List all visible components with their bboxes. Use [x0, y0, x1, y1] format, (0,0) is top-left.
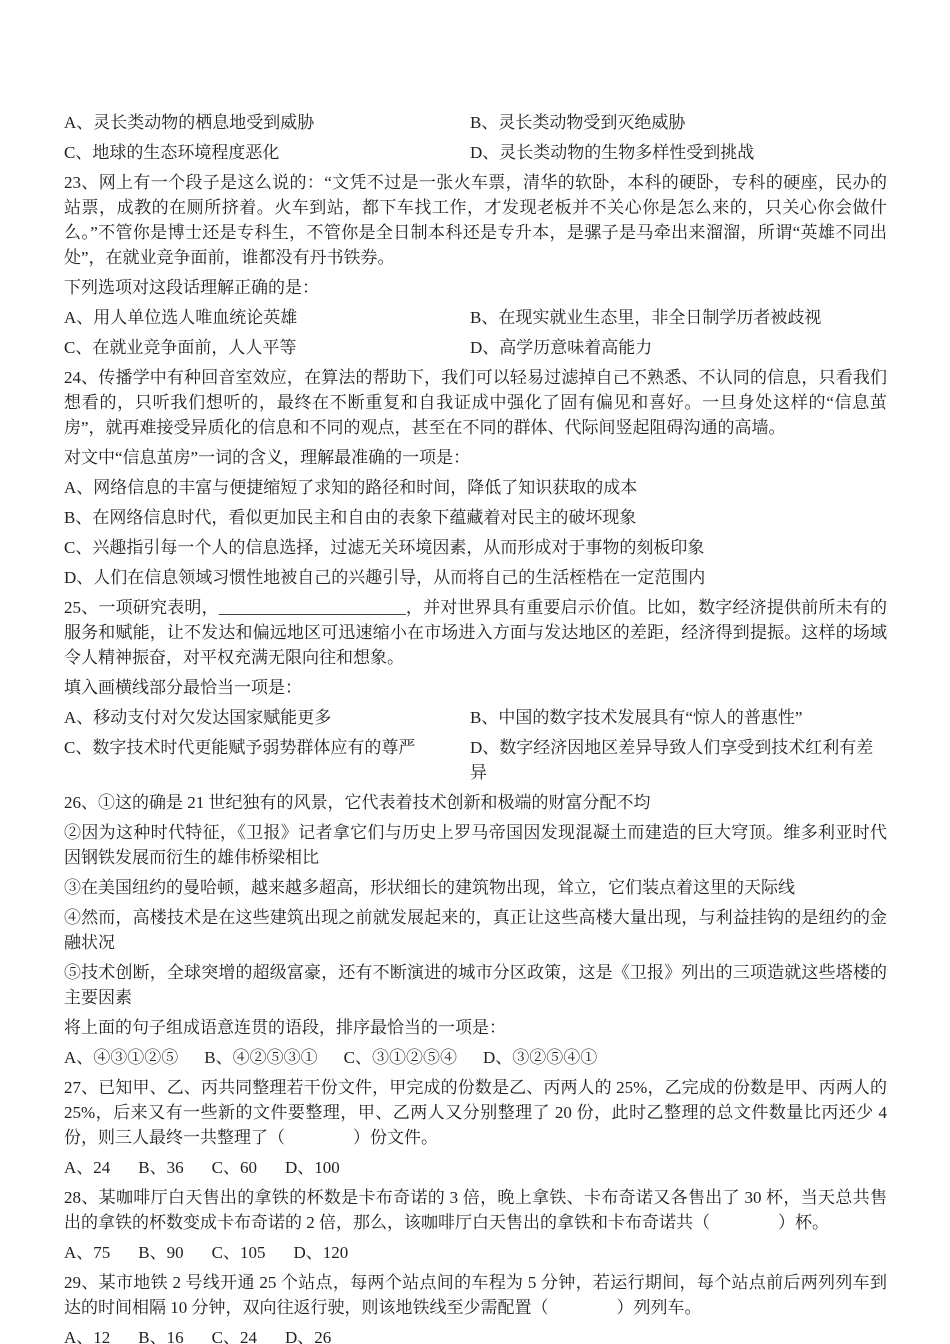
exam-page: A、灵长类动物的栖息地受到威胁 B、灵长类动物受到灭绝威胁 C、地球的生态环境程… — [0, 0, 950, 1344]
question-27-stem: 27、已知甲、乙、丙共同整理若干份文件，甲完成的份数是乙、丙两人的 25%，乙完… — [64, 1075, 887, 1150]
question-29-option-c: C、24 — [212, 1325, 257, 1344]
question-22-option-b: B、灵长类动物受到灭绝威胁 — [470, 110, 887, 135]
question-25-option-a: A、移动支付对欠发达国家赋能更多 — [64, 705, 470, 730]
question-29-option-a: A、12 — [64, 1325, 110, 1344]
question-27-option-b: B、36 — [138, 1155, 183, 1180]
question-24-option-a: A、网络信息的丰富与便捷缩短了求知的路径和时间，降低了知识获取的成本 — [64, 475, 887, 500]
question-22-option-d: D、灵长类动物的生物多样性受到挑战 — [470, 140, 887, 165]
question-26-sentence-3: ③在美国纽约的曼哈顿，越来越多超高，形状细长的建筑物出现，耸立，它们装点着这里的… — [64, 875, 887, 900]
question-26-prompt: 将上面的句子组成语意连贯的语段，排序最恰当的一项是： — [64, 1015, 887, 1040]
question-25-option-b: B、中国的数字技术发展具有“惊人的普惠性” — [470, 705, 887, 730]
question-22-option-a: A、灵长类动物的栖息地受到威胁 — [64, 110, 470, 135]
question-28-stem: 28、某咖啡厅白天售出的拿铁的杯数是卡布奇诺的 3 倍，晚上拿铁、卡布奇诺又各售… — [64, 1185, 887, 1235]
question-27-option-d: D、100 — [285, 1155, 340, 1180]
question-25-stem: 25、一项研究表明，______________________，并对世界具有重… — [64, 595, 887, 670]
question-28-options-row: A、75 B、90 C、105 D、120 — [64, 1240, 887, 1265]
question-27-option-a: A、24 — [64, 1155, 110, 1180]
question-26-option-a: A、④③①②⑤ — [64, 1045, 178, 1070]
question-24-stem: 24、传播学中有种回音室效应，在算法的帮助下，我们可以轻易过滤掉自己不熟悉、不认… — [64, 365, 887, 440]
question-27-option-c: C、60 — [212, 1155, 257, 1180]
question-26-option-d: D、③②⑤④① — [483, 1045, 597, 1070]
question-23-options-row-ab: A、用人单位选人唯血统论英雄 B、在现实就业生态里，非全日制学历者被歧视 — [64, 305, 887, 330]
question-29-option-b: B、16 — [138, 1325, 183, 1344]
question-26-option-c: C、③①②⑤④ — [344, 1045, 457, 1070]
question-26-sentence-5: ⑤技术创断，全球突增的超级富豪，还有不断演进的城市分区政策，这是《卫报》列出的三… — [64, 960, 887, 1010]
question-23-stem: 23、网上有一个段子是这么说的：“文凭不过是一张火车票，清华的软卧，本科的硬卧，… — [64, 170, 887, 270]
question-23-option-d: D、高学历意味着高能力 — [470, 335, 887, 360]
question-23-options-row-cd: C、在就业竞争面前，人人平等 D、高学历意味着高能力 — [64, 335, 887, 360]
question-25-options-row-ab: A、移动支付对欠发达国家赋能更多 B、中国的数字技术发展具有“惊人的普惠性” — [64, 705, 887, 730]
question-28-option-a: A、75 — [64, 1240, 110, 1265]
question-25-prompt: 填入画横线部分最恰当一项是： — [64, 675, 887, 700]
question-22-options-row-ab: A、灵长类动物的栖息地受到威胁 B、灵长类动物受到灭绝威胁 — [64, 110, 887, 135]
question-26-option-b: B、④②⑤③① — [204, 1045, 317, 1070]
question-29-option-d: D、26 — [285, 1325, 331, 1344]
question-25-option-d: D、数字经济因地区差异导致人们享受到技术红利有差异 — [470, 735, 887, 785]
question-22-option-c: C、地球的生态环境程度恶化 — [64, 140, 470, 165]
question-29-options-row: A、12 B、16 C、24 D、26 — [64, 1325, 887, 1344]
question-26-sentence-2: ②因为这种时代特征，《卫报》记者拿它们与历史上罗马帝国因发现混凝土而建造的巨大穹… — [64, 820, 887, 870]
question-28-option-d: D、120 — [293, 1240, 348, 1265]
question-25-option-c: C、数字技术时代更能赋予弱势群体应有的尊严 — [64, 735, 470, 785]
question-24-prompt: 对文中“信息茧房”一词的含义，理解最准确的一项是： — [64, 445, 887, 470]
question-26-sentence-1: 26、①这的确是 21 世纪独有的风景，它代表着技术创新和极端的财富分配不均 — [64, 790, 887, 815]
question-26-options-row: A、④③①②⑤ B、④②⑤③① C、③①②⑤④ D、③②⑤④① — [64, 1045, 887, 1070]
question-28-option-c: C、105 — [212, 1240, 266, 1265]
question-23-option-b: B、在现实就业生态里，非全日制学历者被歧视 — [470, 305, 887, 330]
question-24-option-b: B、在网络信息时代，看似更加民主和自由的表象下蕴藏着对民主的破坏现象 — [64, 505, 887, 530]
question-22-options-row-cd: C、地球的生态环境程度恶化 D、灵长类动物的生物多样性受到挑战 — [64, 140, 887, 165]
question-26-sentence-4: ④然而，高楼技术是在这些建筑出现之前就发展起来的，真正让这些高楼大量出现，与利益… — [64, 905, 887, 955]
question-23-option-c: C、在就业竞争面前，人人平等 — [64, 335, 470, 360]
question-27-options-row: A、24 B、36 C、60 D、100 — [64, 1155, 887, 1180]
question-24-option-d: D、人们在信息领域习惯性地被自己的兴趣引导，从而将自己的生活桎梏在一定范围内 — [64, 565, 887, 590]
question-28-option-b: B、90 — [138, 1240, 183, 1265]
question-25-options-row-cd: C、数字技术时代更能赋予弱势群体应有的尊严 D、数字经济因地区差异导致人们享受到… — [64, 735, 887, 785]
question-23-option-a: A、用人单位选人唯血统论英雄 — [64, 305, 470, 330]
question-29-stem: 29、某市地铁 2 号线开通 25 个站点，每两个站点间的车程为 5 分钟，若运… — [64, 1270, 887, 1320]
question-24-option-c: C、兴趣指引每一个人的信息选择，过滤无关环境因素，从而形成对于事物的刻板印象 — [64, 535, 887, 560]
question-23-prompt: 下列选项对这段话理解正确的是： — [64, 275, 887, 300]
